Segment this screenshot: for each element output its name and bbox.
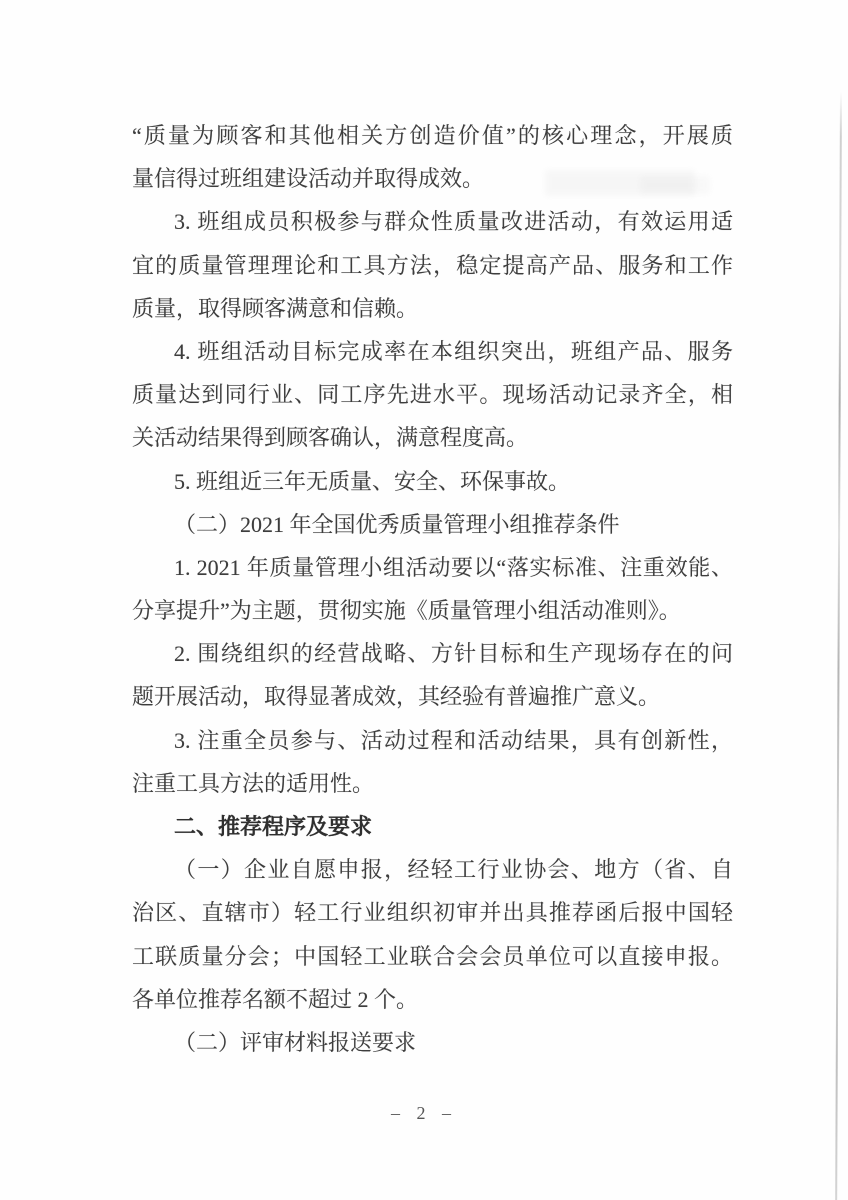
text-line: 1. 2021 年质量管理小组活动要以“落实标准、注重效能、 [132, 546, 733, 589]
text-line: 3. 注重全员参与、活动过程和活动结果，具有创新性， [132, 719, 733, 762]
text-line: 2. 围绕组织的经营战略、方针目标和生产现场存在的问 [132, 632, 733, 675]
text-line: （一）企业自愿申报，经轻工行业协会、地方（省、自 [132, 848, 733, 891]
text-line: “质量为顾客和其他相关方创造价值”的核心理念，开展质 [132, 114, 733, 157]
text-line: 4. 班组活动目标完成率在本组织突出，班组产品、服务 [132, 330, 733, 373]
page-number: – 2 – [0, 1103, 848, 1124]
text-line: 质量达到同行业、同工序先进水平。现场活动记录齐全，相 [132, 373, 733, 416]
text-line: 工联质量分会；中国轻工业联合会会员单位可以直接申报。 [132, 935, 733, 978]
text-line: 质量，取得顾客满意和信赖。 [132, 287, 733, 330]
text-line: 分享提升”为主题，贯彻实施《质量管理小组活动准则》。 [132, 589, 733, 632]
text-line: 量信得过班组建设活动并取得成效。 [132, 157, 733, 200]
document-body: “质量为顾客和其他相关方创造价值”的核心理念，开展质量信得过班组建设活动并取得成… [132, 114, 733, 1064]
text-line: 二、推荐程序及要求 [132, 805, 733, 848]
text-line: 3. 班组成员积极参与群众性质量改进活动，有效运用适 [132, 200, 733, 243]
scanned-document-page: “质量为顾客和其他相关方创造价值”的核心理念，开展质量信得过班组建设活动并取得成… [0, 0, 848, 1200]
text-line: 宜的质量管理理论和工具方法，稳定提高产品、服务和工作 [132, 244, 733, 287]
text-line: 治区、直辖市）轻工行业组织初审并出具推荐函后报中国轻 [132, 891, 733, 934]
text-line: 关活动结果得到顾客确认，满意程度高。 [132, 416, 733, 459]
text-line: （二）2021 年全国优秀质量管理小组推荐条件 [132, 503, 733, 546]
text-line: 注重工具方法的适用性。 [132, 762, 733, 805]
text-line: 各单位推荐名额不超过 2 个。 [132, 978, 733, 1021]
scan-edge-artifact [835, 92, 842, 1200]
text-line: 5. 班组近三年无质量、安全、环保事故。 [132, 460, 733, 503]
text-line: （二）评审材料报送要求 [132, 1021, 733, 1064]
text-line: 题开展活动，取得显著成效，其经验有普遍推广意义。 [132, 675, 733, 718]
